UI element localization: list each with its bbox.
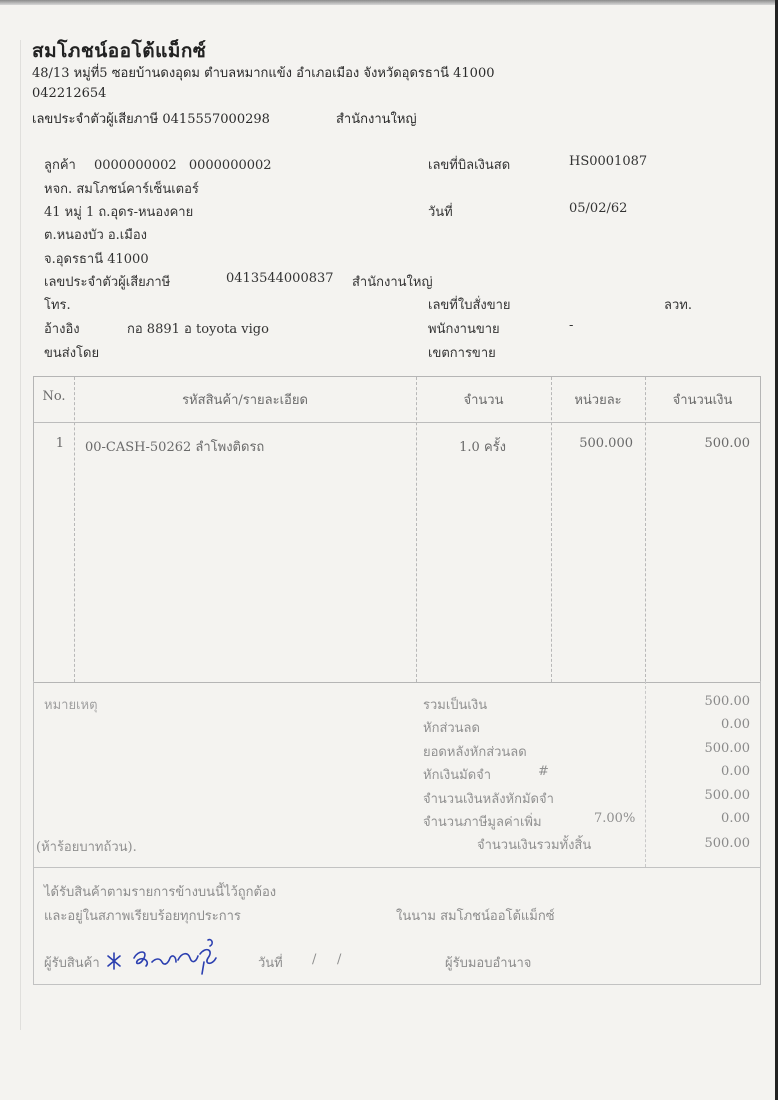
column-header-no: No. xyxy=(34,389,74,404)
date-label: วันที่ xyxy=(428,201,453,222)
column-header-quantity: จำนวน xyxy=(416,389,551,410)
subtotal-label: รวมเป็นเงิน xyxy=(423,694,487,715)
vat-value: 0.00 xyxy=(660,811,750,826)
company-address: 48/13 หมู่ที่5 ซอยบ้านดงอุดม ตำบลหมากแข้… xyxy=(32,62,495,83)
column-header-amount: จำนวนเงิน xyxy=(645,389,760,410)
customer-code: 0000000002 xyxy=(94,158,177,173)
handwritten-signature xyxy=(104,936,224,976)
customer-address-1: 41 หมู่ 1 ถ.อุดร-หนองคาย xyxy=(44,201,193,222)
received-statement-2: และอยู่ในสภาพเรียบร้อยทุกประการ xyxy=(44,905,241,926)
authorized-label: ผู้รับมอบอำนาจ xyxy=(445,952,531,973)
customer-phone-label: โทร. xyxy=(44,294,71,315)
subtotal-value: 500.00 xyxy=(660,694,750,709)
after-deposit-label: จำนวนเงินหลังหักมัดจำ xyxy=(423,788,554,809)
order-no-label: เลขที่ใบสั่งขาย xyxy=(428,294,511,315)
on-behalf-of: ในนาม สมโภชน์ออโต้แม็กซ์ xyxy=(396,905,555,926)
row-amount: 500.00 xyxy=(645,436,750,451)
customer-address-2: ต.หนองบัว อ.เมือง xyxy=(44,224,147,245)
row-no: 1 xyxy=(34,436,64,451)
company-tax-id-row: เลขประจำตัวผู้เสียภาษี 0415557000298 xyxy=(32,108,270,129)
company-tax-id: 0415557000298 xyxy=(162,112,270,127)
deposit-label: หักเงินมัดจำ xyxy=(423,764,491,785)
salesperson: - xyxy=(569,318,573,333)
company-branch: สำนักงานใหญ่ xyxy=(336,108,417,129)
remark-label: หมายเหตุ xyxy=(44,694,98,715)
after-deposit-value: 500.00 xyxy=(660,788,750,803)
vat-label: จำนวนภาษีมูลค่าเพิ่ม xyxy=(423,811,542,832)
grand-total-label: จำนวนเงินรวมทั้งสิ้น xyxy=(477,834,591,855)
customer-address-3: จ.อุดรธานี 41000 xyxy=(44,248,149,269)
grand-total-value: 500.00 xyxy=(660,836,750,851)
company-phone: 042212654 xyxy=(32,86,106,101)
scan-left-edge xyxy=(20,40,21,1030)
discount-value: 0.00 xyxy=(660,717,750,732)
discount-label: หักส่วนลด xyxy=(423,717,480,738)
column-header-description: รหัสสินค้า/รายละเอียด xyxy=(74,389,416,410)
row-quantity: 1.0 ครั้ง xyxy=(416,436,506,457)
salesperson-label: พนักงานขาย xyxy=(428,318,500,339)
customer-branch: สำนักงานใหญ่ xyxy=(352,271,433,292)
customer-tax-id: 0413544000837 xyxy=(226,271,334,286)
receiver-label: ผู้รับสินค้า xyxy=(44,952,100,973)
sales-area-label: เขตการขาย xyxy=(428,342,496,363)
scan-top-edge xyxy=(0,0,778,5)
order-no-suffix: ลวท. xyxy=(664,294,692,315)
after-discount-label: ยอดหลังหักส่วนลด xyxy=(423,741,527,762)
customer-reference-label: อ้างอิง xyxy=(44,318,80,339)
row-unit-price: 500.000 xyxy=(551,436,633,451)
customer-label: ลูกค้า xyxy=(44,158,76,173)
customer-name: หจก. สมโภชน์คาร์เซ็นเตอร์ xyxy=(44,178,199,199)
customer-row: ลูกค้า 0000000002 0000000002 xyxy=(44,154,272,175)
row-description: 00-CASH-50262 ลำโพงติดรถ xyxy=(85,436,264,457)
deposit-mark: # xyxy=(538,764,549,779)
customer-reference: กอ 8891 อ toyota vigo xyxy=(127,318,269,339)
company-tax-id-label: เลขประจำตัวผู้เสียภาษี xyxy=(32,112,158,127)
amount-in-words: (ห้าร้อยบาทถ้วน). xyxy=(36,836,137,857)
customer-tax-id-label: เลขประจำตัวผู้เสียภาษี xyxy=(44,271,170,292)
vat-rate: 7.00% xyxy=(594,811,635,826)
totals-section xyxy=(33,681,761,868)
column-header-unit-price: หน่วยละ xyxy=(551,389,645,410)
totals-divider xyxy=(645,681,646,867)
after-discount-value: 500.00 xyxy=(660,741,750,756)
ship-by-label: ขนส่งโดย xyxy=(44,342,99,363)
header-divider xyxy=(34,422,760,423)
invoice-date: 05/02/62 xyxy=(569,201,627,216)
signature-date-slashes: / / xyxy=(312,952,341,967)
received-statement-1: ได้รับสินค้าตามรายการข้างบนนี้ไว้ถูกต้อง xyxy=(44,881,276,902)
customer-code-2: 0000000002 xyxy=(189,158,272,173)
bill-no-label: เลขที่บิลเงินสด xyxy=(428,154,510,175)
deposit-value: 0.00 xyxy=(660,764,750,779)
items-table: No. รหัสสินค้า/รายละเอียด จำนวน หน่วยละ … xyxy=(33,376,761,683)
bill-no: HS0001087 xyxy=(569,154,647,169)
signature-date-label: วันที่ xyxy=(258,952,283,973)
